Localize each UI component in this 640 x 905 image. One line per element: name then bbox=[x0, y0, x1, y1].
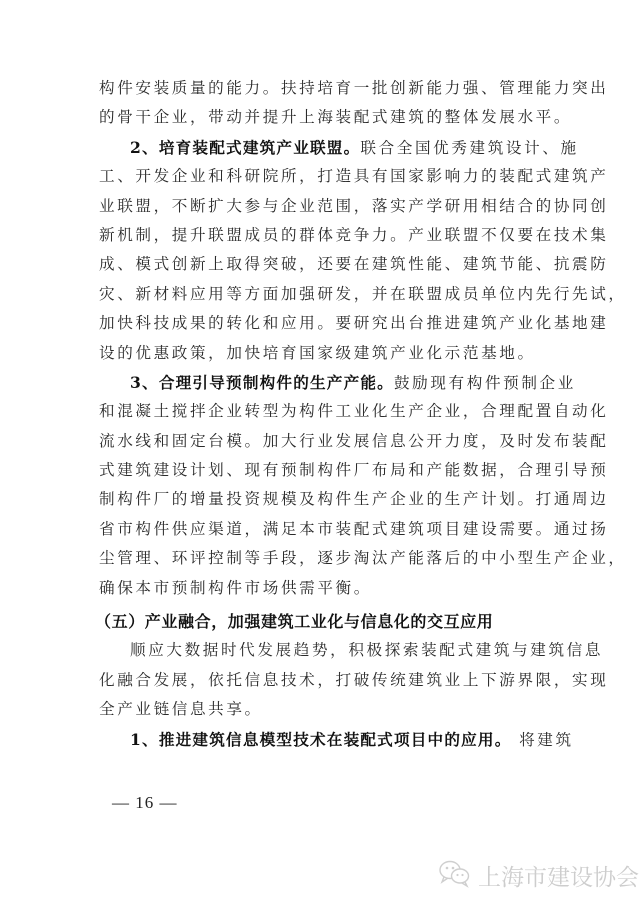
page-number: — 16 — bbox=[112, 793, 178, 813]
body-line: 省市构件供应渠道，满足本市装配式建筑项目建设需要。通过扬 bbox=[99, 515, 545, 544]
body-line: 加快科技成果的转化和应用。要研究出台推进建筑产业化基地建 bbox=[99, 309, 545, 338]
body-line: 化融合发展，依托信息技术，打破传统建筑业上下游界限，实现 bbox=[99, 666, 545, 695]
section-5-item-1-text: 将建筑 bbox=[512, 731, 574, 749]
body-line: 流水线和固定台模。加大行业发展信息公开力度，及时发布装配 bbox=[99, 427, 545, 456]
body-line: 顺应大数据时代发展趋势，积极探索装配式建筑与建筑信息 bbox=[99, 636, 545, 665]
body-line: 新机制，提升联盟成员的群体竞争力。产业联盟不仅要在技术集 bbox=[99, 221, 545, 250]
watermark: 上海市建设协会 bbox=[438, 858, 639, 892]
body-line: 业联盟，不断扩大参与企业范围，落实产学研用相结合的协同创 bbox=[99, 192, 545, 221]
body-line: 成、模式创新上取得突破，还要在建筑性能、建筑节能、抗震防 bbox=[99, 250, 545, 279]
section-5-heading: （五）产业融合，加强建筑工业化与信息化的交互应用 bbox=[95, 607, 545, 636]
item-3-text: 鼓励现有构件预制企业 bbox=[394, 374, 576, 392]
body-line: 制构件厂的增量投资规模及构件生产企业的生产计划。打通周边 bbox=[99, 485, 545, 514]
body-line: 式建筑建设计划、现有预制构件厂布局和产能数据，合理引导预 bbox=[99, 456, 545, 485]
item-2-first-line: 2、培育装配式建筑产业联盟。联合全国优秀建筑设计、施 bbox=[99, 133, 545, 162]
item-2-title: 2、培育装配式建筑产业联盟。 bbox=[130, 138, 360, 157]
body-line: 工、开发企业和科研院所，打造具有国家影响力的装配式建筑产 bbox=[99, 162, 545, 191]
item-3-first-line: 3、合理引导预制构件的生产产能。鼓励现有构件预制企业 bbox=[99, 368, 545, 397]
body-line: 构件安装质量的能力。扶持培育一批创新能力强、管理能力突出 bbox=[99, 74, 545, 103]
document-page: 构件安装质量的能力。扶持培育一批创新能力强、管理能力突出 的骨干企业，带动并提升… bbox=[99, 74, 545, 754]
body-line: 的骨干企业，带动并提升上海装配式建筑的整体发展水平。 bbox=[99, 103, 545, 132]
wechat-icon bbox=[438, 858, 472, 892]
body-line: 和混凝土搅拌企业转型为构件工业化生产企业，合理配置自动化 bbox=[99, 397, 545, 426]
watermark-text: 上海市建设协会 bbox=[478, 859, 639, 892]
item-3-title: 3、合理引导预制构件的生产产能。 bbox=[130, 373, 394, 392]
item-2-text: 联合全国优秀建筑设计、施 bbox=[360, 139, 578, 157]
section-5-item-1-line: 1、推进建筑信息模型技术在装配式项目中的应用。 将建筑 bbox=[99, 725, 545, 754]
body-line: 全产业链信息共享。 bbox=[99, 695, 545, 724]
body-line: 灾、新材料应用等方面加强研发，并在联盟成员单位内先行先试， bbox=[99, 280, 545, 309]
body-line: 尘管理、环评控制等手段，逐步淘汰产能落后的中小型生产企业， bbox=[99, 544, 545, 573]
body-line: 确保本市预制构件市场供需平衡。 bbox=[99, 574, 545, 603]
section-5-item-1-title: 1、推进建筑信息模型技术在装配式项目中的应用。 bbox=[130, 730, 512, 749]
body-line: 设的优惠政策，加快培育国家级建筑产业化示范基地。 bbox=[99, 339, 545, 368]
